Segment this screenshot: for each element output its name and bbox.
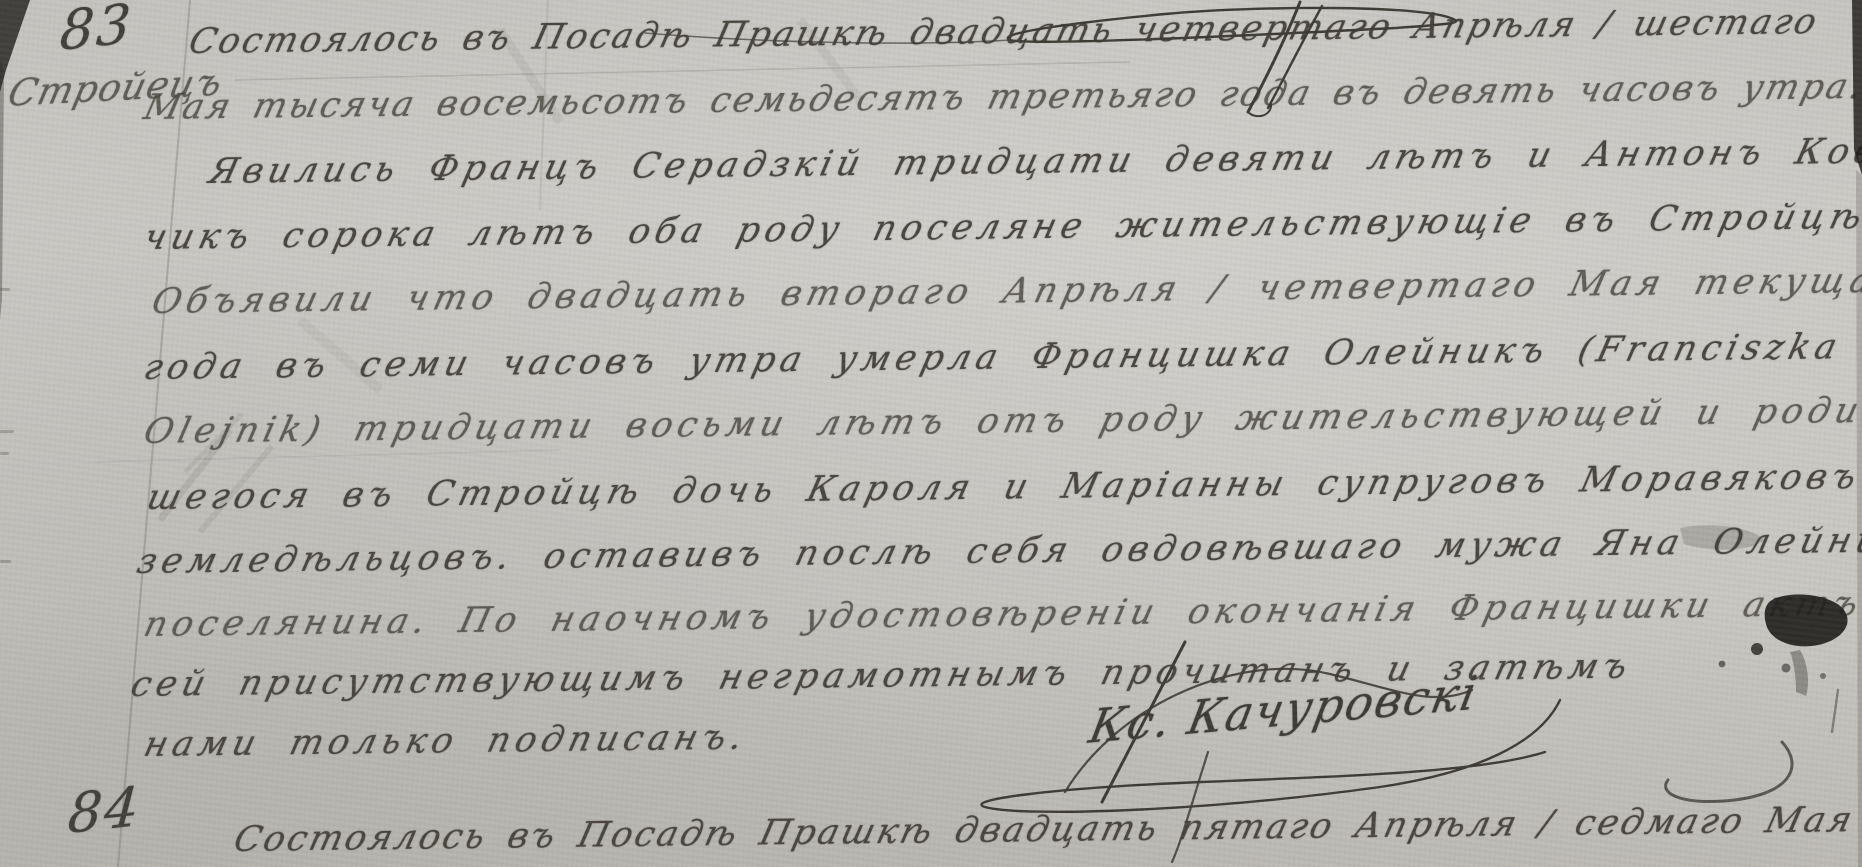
record-line-1: Состоялось въ Посадѣ Прашкѣ двадцать чет… <box>185 2 1823 62</box>
entry-83-number: 83 <box>58 0 135 63</box>
record-line-12: нами только подписанъ. <box>140 718 752 765</box>
record-line-6: года въ семи часовъ утра умерла Францишк… <box>140 327 1846 388</box>
record-line-4: чикъ сорока лѣтъ оба роду поселяне жител… <box>140 197 1862 258</box>
record-line-10: поселянина. По наочномъ удостовѣреніи ок… <box>140 584 1862 645</box>
bottom-right-hook <box>1666 690 1838 801</box>
record-line-9: земледѣльцовъ. оставивъ послѣ себя овдов… <box>133 520 1862 582</box>
record-line-7: Olejnik) тридцати восьми лѣтъ отъ роду ж… <box>140 390 1862 452</box>
record-line-3: Явились Францъ Серадзкій тридцати девяти… <box>205 130 1862 192</box>
left-edge-text-fragments <box>0 288 14 563</box>
entry-84-number: 84 <box>66 775 143 846</box>
entry-84-first-line: Состоялось въ Посадѣ Прашкѣ двадцать пят… <box>230 800 1858 860</box>
manuscript-page: 83 Стройецъ 84 Состоялось въ Посадѣ Праш… <box>0 0 1862 867</box>
crease-line <box>95 450 560 462</box>
record-line-2: Мая тысяча восемьсотъ семьдесятъ третьяг… <box>140 67 1862 128</box>
record-line-5: Объявили что двадцать втораго Апрѣля / ч… <box>148 260 1862 322</box>
record-line-8: шегося въ Стройцѣ дочь Кароля и Маріанны… <box>143 457 1862 518</box>
